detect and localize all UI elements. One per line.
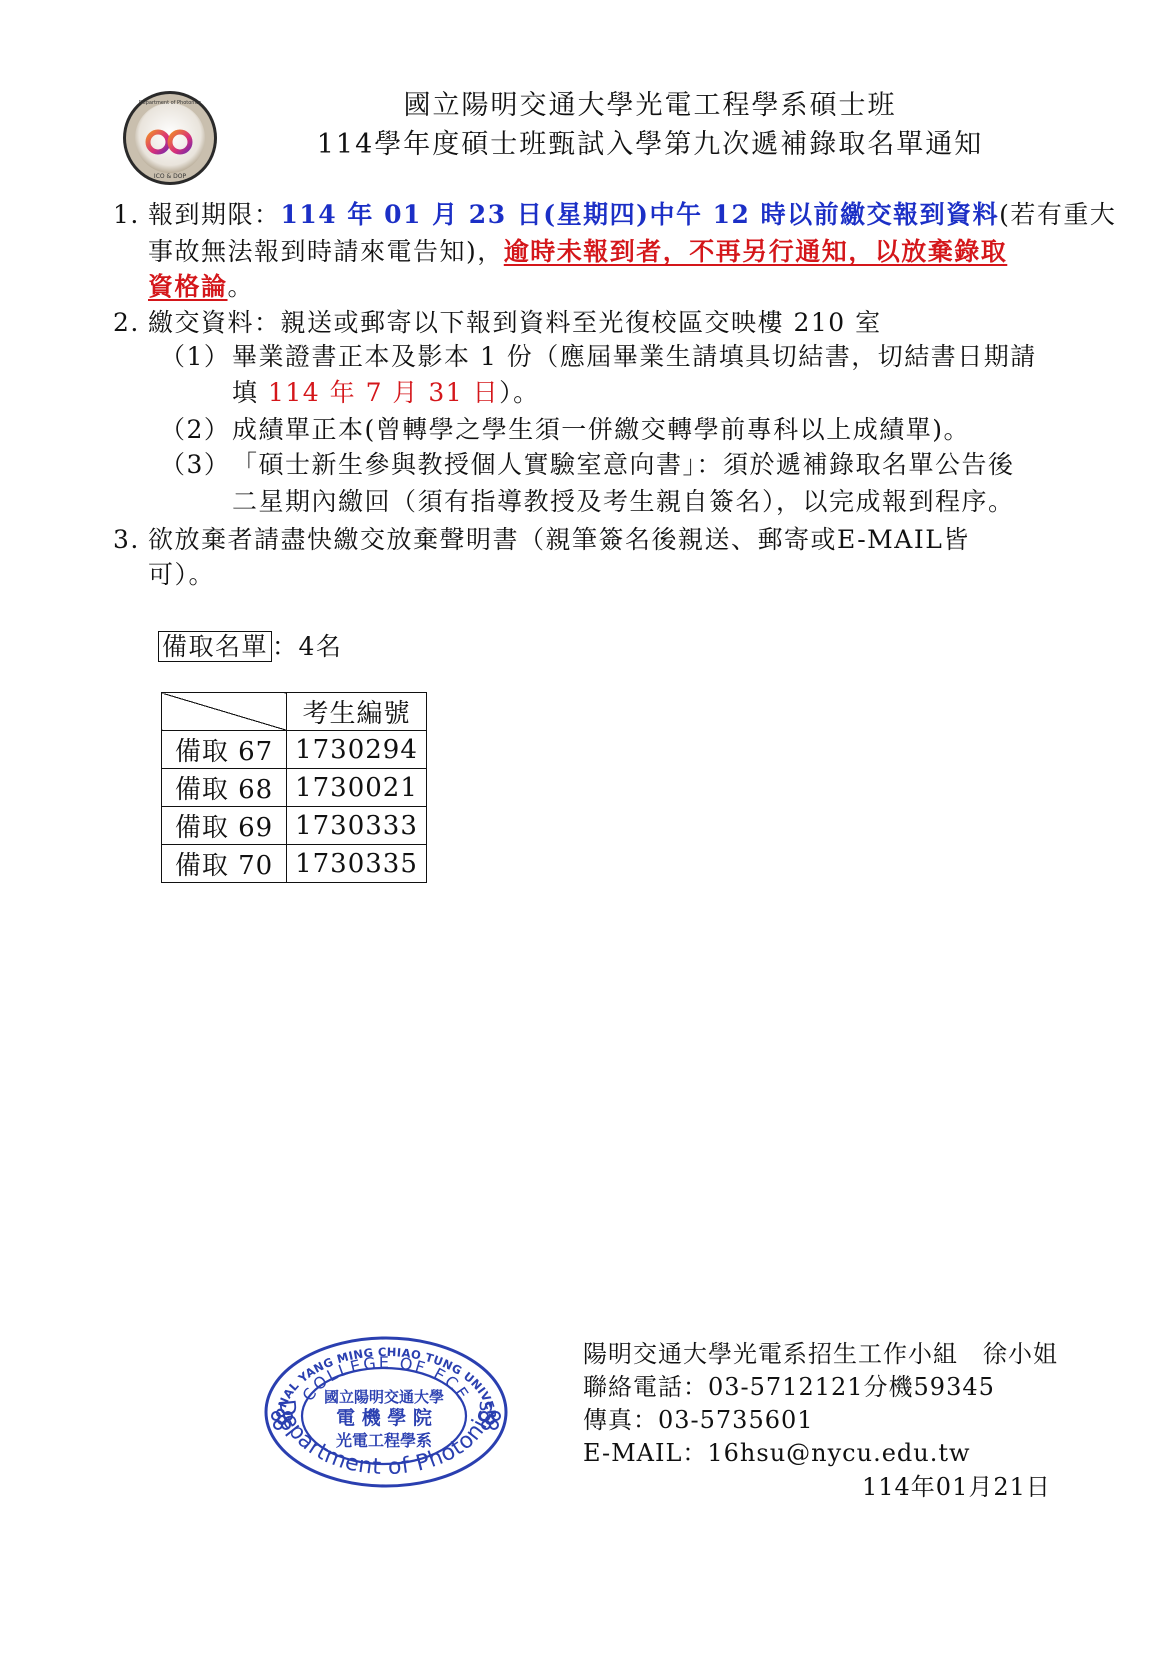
subitem-2-number: （2） (160, 412, 230, 448)
waitlist-rank: 備取 67 (162, 731, 287, 769)
department-of-photonics-logo-icon: ICO & DOP Department of Photonics (120, 86, 220, 192)
subitem-2-line1: 成績單正本(曾轉學之學生須一併繳交轉學前專科以上成績單)。 (232, 412, 970, 448)
table-row: 備取 69 1730333 (162, 807, 427, 845)
item-3-line2: 可）。 (148, 557, 215, 593)
table-header-row: 考生編號 (162, 693, 427, 731)
subitem-1-line2: 填 114 年 7 月 31 日）。 (232, 375, 540, 411)
subitem-1-number: （1） (160, 339, 230, 375)
deadline-label: 報到期限： (148, 200, 281, 229)
subitem-3-line1: 「碩士新生參與教授個人實驗室意向書」：須於遞補錄取名單公告後 (232, 447, 1015, 483)
candidate-id: 1730021 (287, 769, 427, 807)
contact-org: 陽明交通大學光電系招生工作小組 徐小姐 (583, 1338, 1058, 1371)
waitlist-heading: 備取名單：4名 (158, 629, 342, 665)
notice-date: 114年01月21日 (862, 1471, 1051, 1504)
affidavit-date: 114 年 7 月 31 日 (268, 378, 499, 407)
column-header-candidate-id: 考生編號 (287, 693, 427, 731)
contact-fax: 傳真：03-5735601 (583, 1404, 814, 1437)
close-paren: ）。 (499, 378, 540, 407)
waitlist-rank: 備取 68 (162, 769, 287, 807)
table-row: 備取 67 1730294 (162, 731, 427, 769)
item-3-line1: 欲放棄者請盡快繳交放棄聲明書（親筆簽名後親送、郵寄或E-MAIL皆 (148, 522, 970, 558)
svg-text:Department of Photonics: Department of Photonics (139, 100, 202, 106)
period: 。 (228, 272, 255, 301)
waitlist-label: 備取名單 (158, 631, 272, 662)
candidate-id: 1730333 (287, 807, 427, 845)
item-1-line3: 資格論。 (148, 269, 254, 305)
note-text: (若有重大 (999, 200, 1116, 229)
svg-text:國立陽明交通大學: 國立陽明交通大學 (324, 1388, 444, 1406)
subitem-3-number: （3） (160, 447, 230, 483)
contact-phone: 聯絡電話：03-5712121分機59345 (583, 1371, 995, 1404)
candidate-id: 1730335 (287, 845, 427, 883)
warning-text: 逾時未報到者，不再另行通知，以放棄錄取 (504, 237, 1008, 266)
item-1-line1: 報到期限：114 年 01 月 23 日(星期四)中午 12 時以前繳交報到資料… (148, 197, 1116, 233)
waitlist-rank: 備取 70 (162, 845, 287, 883)
warning-text-cont: 資格論 (148, 272, 228, 301)
department-logo: ICO & DOP Department of Photonics (120, 86, 220, 192)
waitlist-rank: 備取 69 (162, 807, 287, 845)
svg-text:光電工程學系: 光電工程學系 (336, 1431, 432, 1450)
contact-email[interactable]: E-MAIL：16hsu@nycu.edu.tw (583, 1437, 971, 1470)
page-subtitle: 114學年度碩士班甄試入學第九次遞補錄取名單通知 (270, 127, 1030, 163)
note-text-cont: 事故無法報到時請來電告知)， (148, 237, 504, 266)
table-row: 備取 68 1730021 (162, 769, 427, 807)
waitlist-count: ：4名 (272, 632, 342, 661)
diagonal-header-cell (162, 693, 287, 731)
page-title: 國立陽明交通大學光電工程學系碩士班 (300, 88, 1000, 124)
item-1-number: 1. (113, 197, 140, 233)
table-row: 備取 70 1730335 (162, 845, 427, 883)
official-seal-icon: NATIONAL YANG MING CHIAO TUNG UNIVERSITY… (262, 1334, 510, 1490)
item-3-number: 3. (113, 522, 140, 558)
official-stamp: NATIONAL YANG MING CHIAO TUNG UNIVERSITY… (262, 1334, 510, 1490)
waitlist-table: 考生編號 備取 67 1730294 備取 68 1730021 備取 69 1… (161, 692, 427, 883)
svg-text:電 機 學 院: 電 機 學 院 (336, 1406, 432, 1429)
deadline-text: 114 年 01 月 23 日(星期四)中午 12 時以前繳交報到資料 (281, 200, 1000, 229)
svg-text:ICO & DOP: ICO & DOP (154, 173, 187, 180)
item-1-line2: 事故無法報到時請來電告知)，逾時未報到者，不再另行通知，以放棄錄取 (148, 234, 1007, 270)
fill-text: 填 (232, 378, 268, 407)
item-2-number: 2. (113, 305, 140, 341)
item-2-text: 繳交資料：親送或郵寄以下報到資料至光復校區交映樓 210 室 (148, 305, 882, 341)
candidate-id: 1730294 (287, 731, 427, 769)
subitem-1-line1: 畢業證書正本及影本 1 份（應屆畢業生請填具切結書，切結書日期請 (232, 339, 1037, 375)
subitem-3-line2: 二星期內繳回（須有指導教授及考生親自簽名），以完成報到程序。 (232, 484, 1015, 520)
